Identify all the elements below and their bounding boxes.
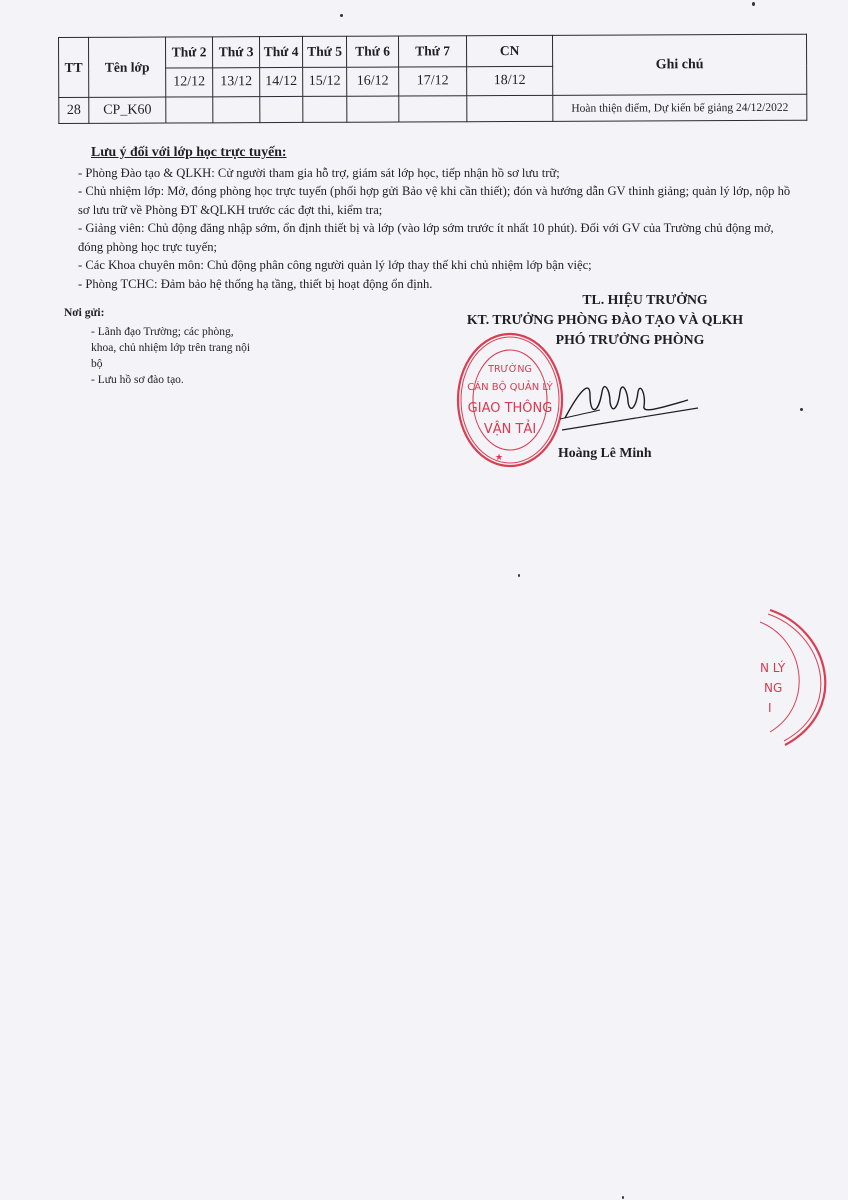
scan-speck <box>752 2 755 6</box>
recipient-line: - Lưu hồ sơ đào tạo. <box>91 372 291 388</box>
stamp-line: CÁN BỘ QUẢN LÝ <box>467 379 553 393</box>
row-day-cell <box>347 96 399 122</box>
header-day: Thứ 5 <box>302 36 346 67</box>
row-day-cell <box>166 97 213 123</box>
row-day-cell <box>260 96 303 122</box>
stamp-line: GIAO THÔNG <box>468 400 553 416</box>
note-line: - Phòng Đào tạo & QLKH: Cử người tham gi… <box>78 164 848 183</box>
note-line: - Giảng viên: Chủ động đăng nhập sớm, ổn… <box>78 219 848 238</box>
signature-title-2: KT. TRƯỞNG PHÒNG ĐÀO TẠO VÀ QLKH <box>440 310 770 330</box>
notes-title: Lưu ý đối với lớp học trực tuyến: <box>91 143 848 162</box>
signature-title-1: TL. HIỆU TRƯỞNG <box>520 290 770 310</box>
header-day: Thứ 2 <box>166 37 213 68</box>
scan-speck <box>340 14 343 17</box>
header-day: Thứ 4 <box>260 36 303 67</box>
header-tt: TT <box>59 37 89 97</box>
stamp-line: NG <box>764 681 782 695</box>
partial-stamp: N LÝ NG I <box>740 600 848 750</box>
header-date: 15/12 <box>303 67 347 96</box>
row-class-name: CP_K60 <box>89 97 166 123</box>
scan-speck <box>800 408 803 411</box>
signature-block: TL. HIỆU TRƯỞNG KT. TRƯỞNG PHÒNG ĐÀO TẠO… <box>440 290 770 350</box>
recipient-line: bộ <box>91 356 291 372</box>
header-class-name: Tên lớp <box>89 37 166 97</box>
header-date: 17/12 <box>399 67 467 96</box>
scan-speck <box>622 1196 624 1199</box>
signature-title-3: PHÓ TRƯỞNG PHÒNG <box>490 330 770 350</box>
header-date: 12/12 <box>166 68 213 97</box>
header-day: Thứ 6 <box>346 36 398 67</box>
document-page: TT Tên lớp Thứ 2 Thứ 3 Thứ 4 Thứ 5 Thứ 6… <box>0 0 848 1200</box>
row-day-cell <box>467 95 553 121</box>
row-tt: 28 <box>59 97 89 123</box>
recipients-title: Nơi gửi: <box>64 305 291 321</box>
row-note: Hoàn thiện điểm, Dự kiến bế giảng 24/12/… <box>553 94 807 121</box>
note-line: - Chủ nhiệm lớp: Mở, đóng phòng học trực… <box>78 182 848 201</box>
header-note: Ghi chú <box>552 34 806 95</box>
official-stamp: TRƯỜNG CÁN BỘ QUẢN LÝ GIAO THÔNG VẬN TẢI… <box>455 330 565 470</box>
row-day-cell <box>399 96 467 122</box>
schedule-table: TT Tên lớp Thứ 2 Thứ 3 Thứ 4 Thứ 5 Thứ 6… <box>58 34 807 124</box>
header-date: 14/12 <box>260 67 303 96</box>
stamp-line: I <box>768 701 772 715</box>
header-day: CN <box>466 35 552 66</box>
note-line: sơ lưu trữ về Phòng ĐT &QLKH trước các đ… <box>78 201 848 220</box>
header-date: 16/12 <box>347 67 399 96</box>
scan-speck <box>518 574 520 577</box>
online-class-notes: Lưu ý đối với lớp học trực tuyến: - Phòn… <box>78 143 848 293</box>
signer-name: Hoàng Lê Minh <box>558 445 652 461</box>
header-date: 18/12 <box>467 66 553 95</box>
header-date: 13/12 <box>213 68 260 97</box>
stamp-line: VẬN TẢI <box>484 420 536 437</box>
row-day-cell <box>303 96 347 122</box>
recipients-block: Nơi gửi: - Lãnh đạo Trường; các phòng, k… <box>64 305 291 388</box>
note-line: - Các Khoa chuyên môn: Chủ động phân côn… <box>78 256 848 275</box>
header-day: Thứ 3 <box>213 37 260 68</box>
header-day: Thứ 7 <box>398 36 466 67</box>
note-line: đóng phòng học trực tuyến; <box>78 238 848 257</box>
handwritten-signature <box>560 370 700 440</box>
stamp-line: N LÝ <box>760 660 786 675</box>
stamp-line: TRƯỜNG <box>487 363 532 375</box>
table-row: 28 CP_K60 Hoàn thiện điểm, Dự kiến bế gi… <box>59 94 807 123</box>
row-day-cell <box>213 97 260 123</box>
recipient-line: - Lãnh đạo Trường; các phòng, <box>91 324 291 340</box>
recipient-line: khoa, chủ nhiệm lớp trên trang nội <box>91 340 291 356</box>
stamp-star-icon: ★ <box>495 453 503 463</box>
